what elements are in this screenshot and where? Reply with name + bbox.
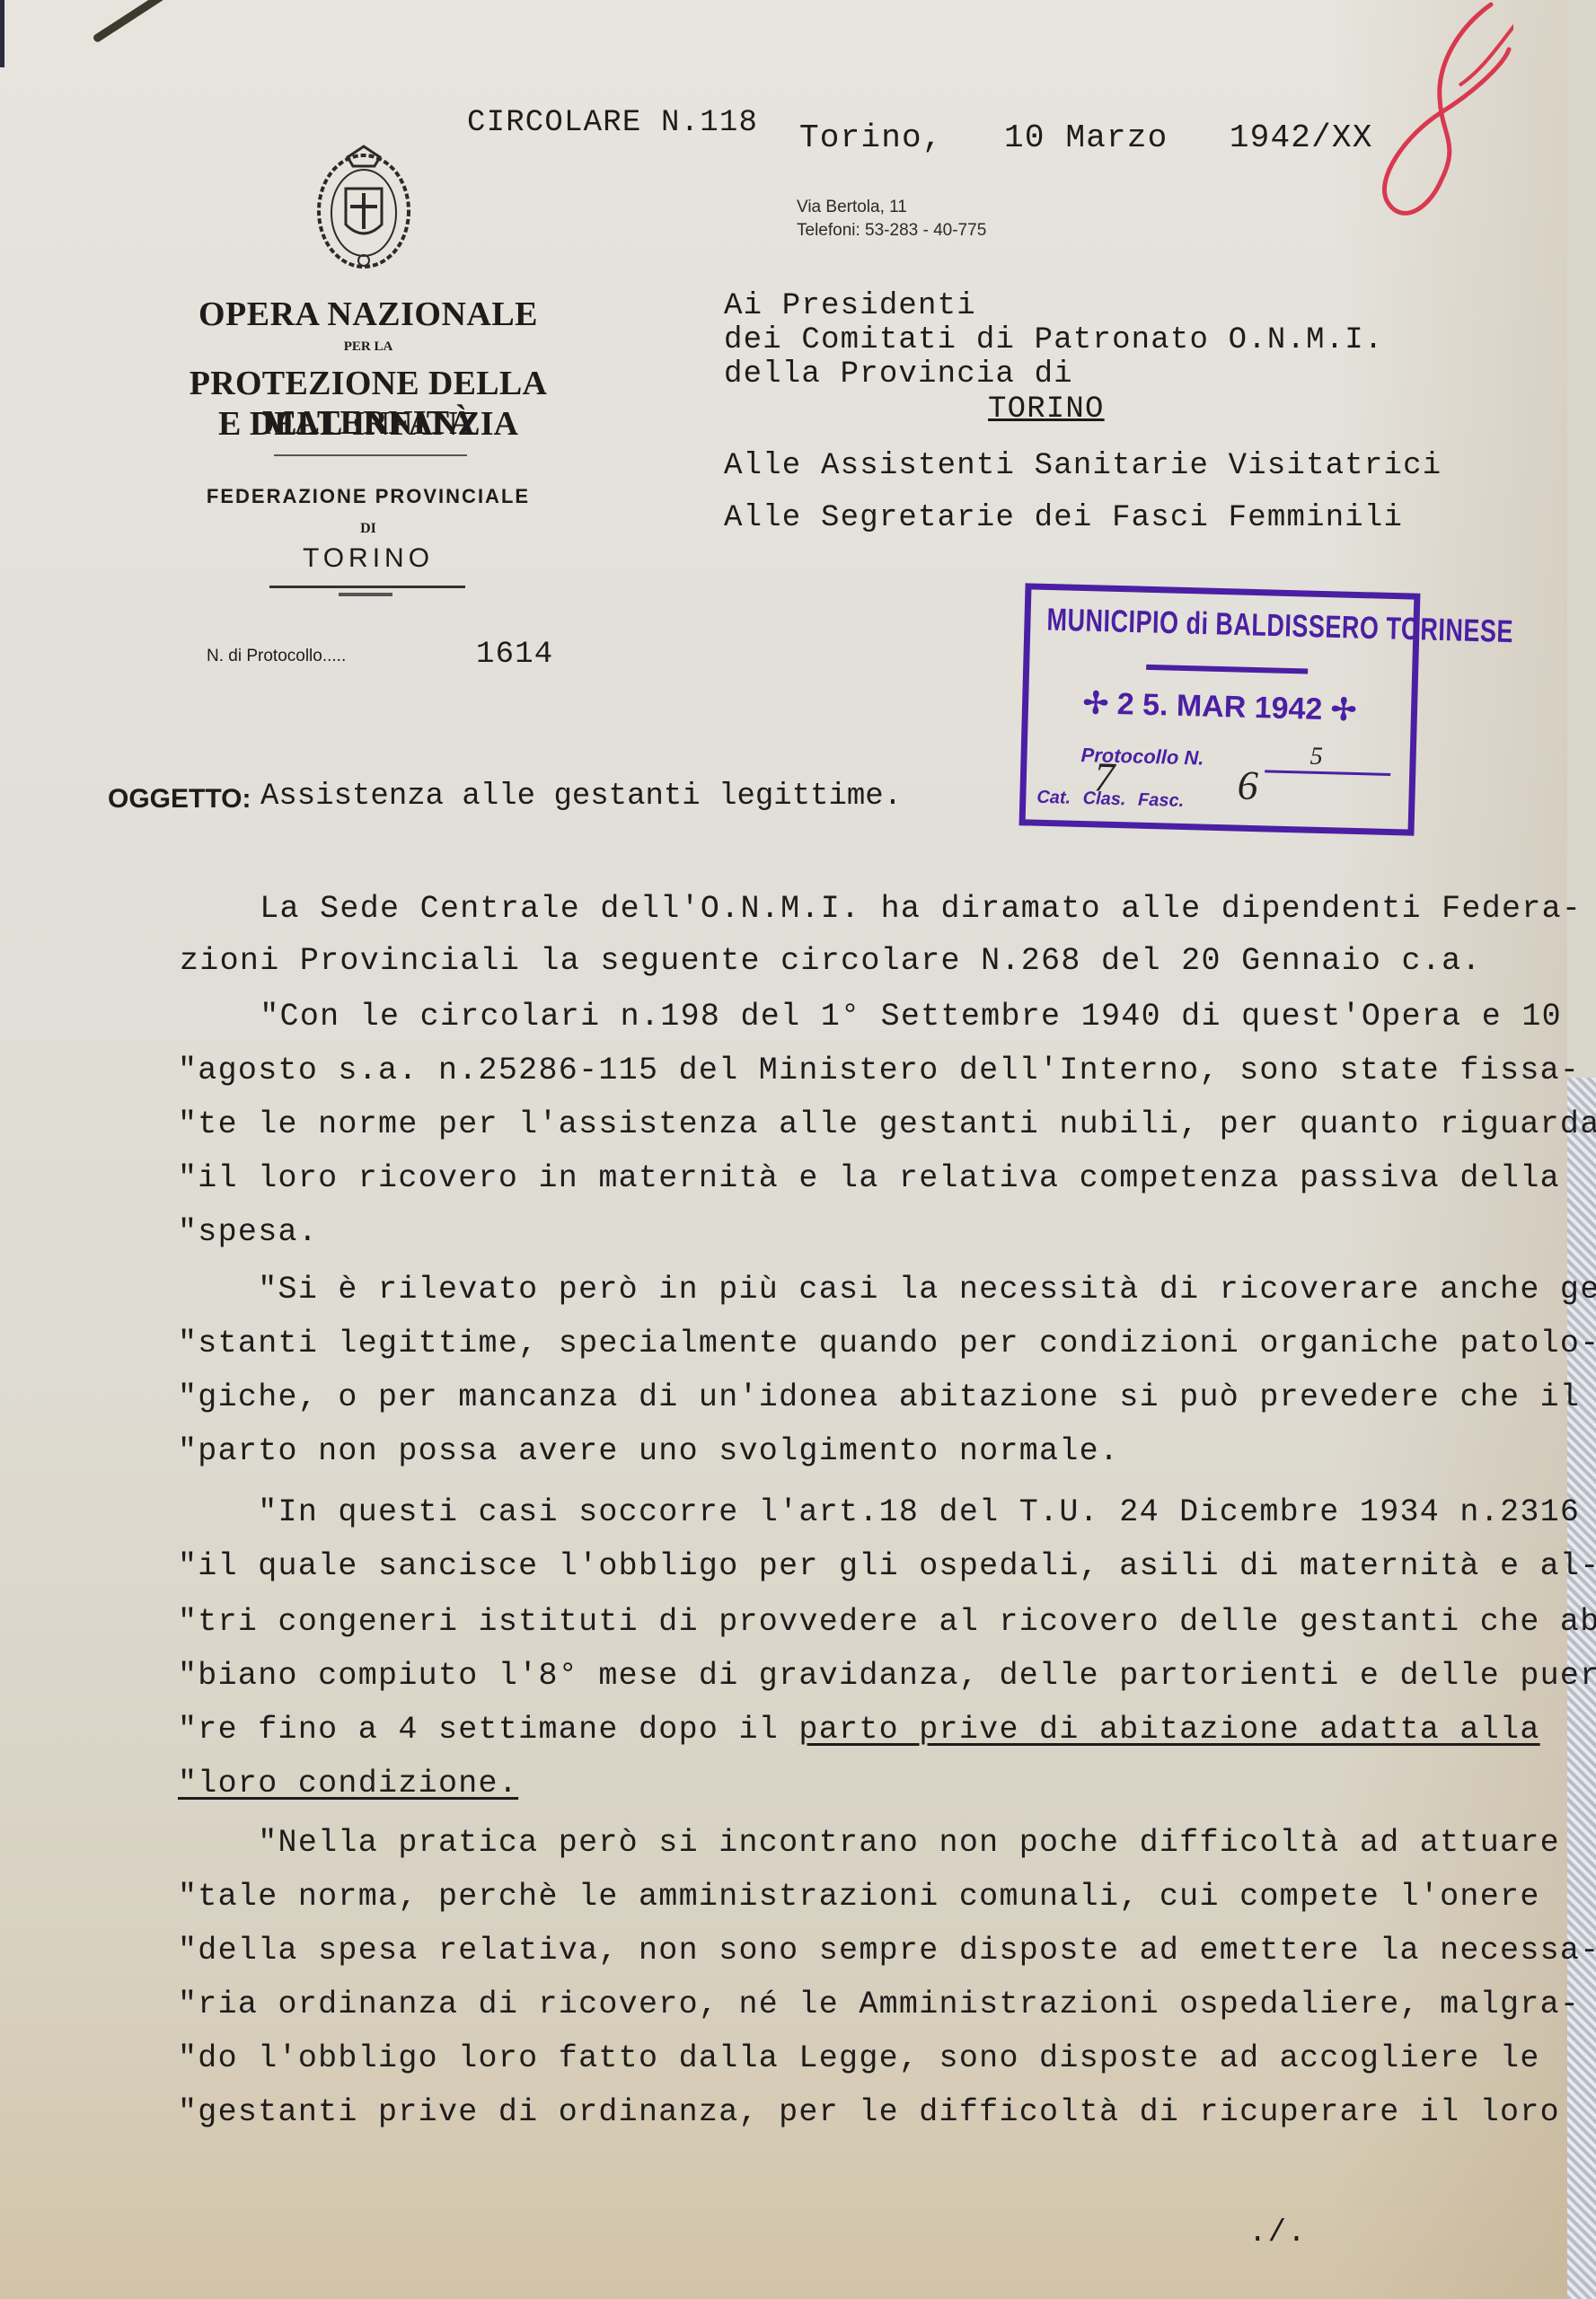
continuation-mark: ./.: [1248, 2216, 1307, 2251]
body-line: La Sede Centrale dell'O.N.M.I. ha dirama…: [180, 891, 1582, 927]
city-underline: [269, 586, 465, 588]
body-line: "Con le circolari n.198 del 1° Settembre…: [180, 999, 1562, 1035]
body-line: "della spesa relativa, non sono sempre d…: [178, 1933, 1596, 1969]
address-street: Via Bertola, 11: [797, 198, 907, 216]
body-line: "te le norme per l'assistenza alle gesta…: [178, 1106, 1596, 1142]
recipient-line: dei Comitati di Patronato O.N.M.I.: [724, 323, 1384, 357]
body-text: "re fino a 4 settimane dopo il: [178, 1712, 798, 1748]
federation-city: TORINO: [90, 543, 647, 574]
stamp-protocol-value: 5: [1265, 741, 1391, 776]
org-name-line4: E DELL'INFANZIA: [90, 404, 647, 444]
body-line: "In questi casi soccorre l'art.18 del T.…: [178, 1494, 1580, 1530]
body-line: "biano compiuto l'8° mese di gravidanza,…: [178, 1658, 1596, 1694]
stamp-clas-value: 6: [1237, 762, 1258, 810]
protocol-label: N. di Protocollo.....: [207, 647, 346, 666]
body-line: "spesa.: [178, 1214, 318, 1250]
municipal-receipt-stamp: MUNICIPIO di BALDISSERO TORINESE ✢ 2 5. …: [1019, 583, 1421, 835]
underlined-phrase-2: "loro condizione.: [178, 1766, 518, 1801]
body-line: "stanti legittime, specialmente quando p…: [178, 1326, 1596, 1361]
body-line: "loro condizione.: [178, 1766, 518, 1801]
handwritten-8-mark-icon: [1352, 0, 1513, 233]
letterhead-divider: [274, 454, 467, 456]
federation-di: DI: [90, 521, 647, 537]
stamp-divider: [1146, 665, 1308, 674]
recipient-line: Alle Segretarie dei Fasci Femminili: [724, 501, 1403, 535]
body-line: "agosto s.a. n.25286-115 del Ministero d…: [178, 1053, 1580, 1088]
place-date: Torino, 10 Marzo 1942/XX: [799, 119, 1373, 156]
subject-label: OGGETTO:: [108, 784, 251, 815]
body-line: "il quale sancisce l'obbligo per gli osp…: [178, 1548, 1596, 1584]
underlined-phrase: parto prive di abitazione adatta alla: [798, 1712, 1539, 1748]
recipient-city: TORINO: [988, 392, 1105, 427]
body-line: "il loro ricovero in maternità e la rela…: [178, 1160, 1560, 1196]
recipient-line: Ai Presidenti: [724, 289, 976, 323]
body-line: "re fino a 4 settimane dopo il parto pri…: [178, 1712, 1540, 1748]
office-address: Via Bertola, 11 Telefoni: 53-283 - 40-77…: [797, 196, 986, 242]
body-line: "tri congeneri istituti di provvedere al…: [178, 1604, 1596, 1640]
body-line: "ria ordinanza di ricovero, né le Ammini…: [178, 1986, 1580, 2022]
stamp-cat-value: 7: [1093, 753, 1115, 801]
stamp-date: ✢ 2 5. MAR 1942 ✢: [1028, 683, 1412, 729]
body-line: "Si è rilevato però in più casi la neces…: [178, 1272, 1596, 1308]
body-line: "gestanti prive di ordinanza, per le dif…: [178, 2094, 1560, 2130]
body-line: zioni Provinciali la seguente circolare …: [180, 943, 1482, 979]
coat-of-arms-icon: [310, 139, 418, 274]
org-name-line2: PER LA: [90, 339, 647, 355]
body-line: "giche, o per mancanza di un'idonea abit…: [178, 1379, 1580, 1415]
recipient-line: Alle Assistenti Sanitarie Visitatrici: [724, 449, 1442, 483]
address-phones: Telefoni: 53-283 - 40-775: [797, 221, 986, 240]
subject-text: Assistenza alle gestanti legittime.: [260, 780, 902, 814]
circular-number: CIRCOLARE N.118: [467, 106, 758, 140]
city-underline-ornament: [339, 593, 392, 596]
body-line: "tale norma, perchè le amministrazioni c…: [178, 1879, 1540, 1915]
protocol-number: 1614: [476, 638, 553, 672]
recipient-line: della Provincia di: [724, 357, 1073, 392]
federation-label: FEDERAZIONE PROVINCIALE: [90, 485, 647, 508]
org-name-line1: OPERA NAZIONALE: [90, 295, 647, 334]
body-line: "do l'obbligo loro fatto dalla Legge, so…: [178, 2040, 1540, 2076]
binder-edge: [0, 0, 4, 67]
body-line: "Nella pratica però si incontrano non po…: [178, 1825, 1560, 1861]
body-line: "parto non possa avere uno svolgimento n…: [178, 1433, 1119, 1469]
